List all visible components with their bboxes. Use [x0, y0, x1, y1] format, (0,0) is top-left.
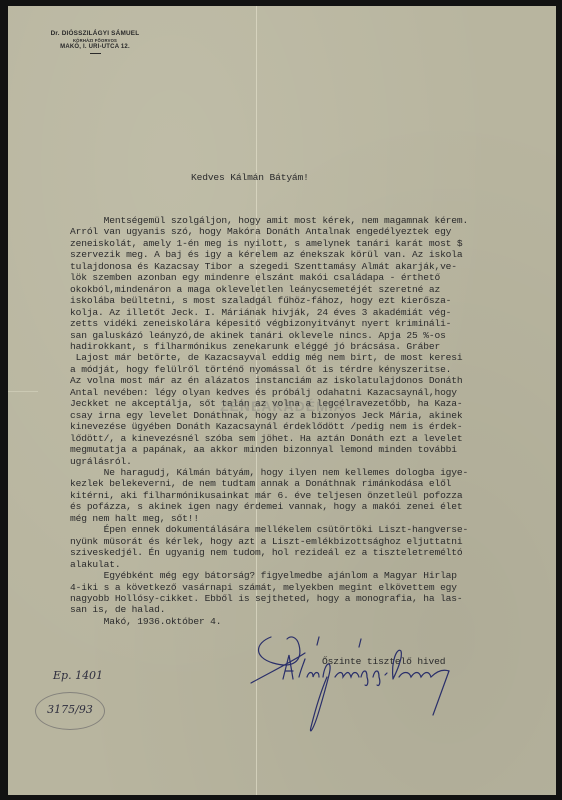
letter-line: zeneiskolát, amely 1-én meg is nyilott, … [70, 238, 468, 249]
archive-watermark: ZENEAKADÉMIA [220, 398, 345, 414]
letter-line: a módját, hogy felülről történő nyomássa… [70, 364, 468, 375]
letter-line: még nem halt meg, sőt!! [70, 513, 468, 524]
letter-line: sziveskedjél. Én ugyanig nem tudom, hol … [70, 547, 468, 558]
letter-line: nagyobb Hollósy-cikket. Ebből is sejthet… [70, 593, 468, 604]
letter-line: 4-iki s a következő vasárnapi számát, me… [70, 582, 468, 593]
letter-line: Egyébként még egy bátorság? figyelmedbe … [70, 570, 468, 581]
letter-line: alakulat. [70, 559, 468, 570]
letterhead-title: KÓRHÁZI FŐORVOS [20, 38, 170, 43]
letter-line: san galuskázó leányzó,de akinek tanári o… [70, 330, 468, 341]
letter-line: és pofázza, s akinek igen nagy érdemei v… [70, 501, 468, 512]
stamp-number: 3175/93 [36, 703, 104, 716]
letter-body: Mentségemül szolgáljon, hogy amit most k… [70, 215, 468, 627]
letter-line: Mentségemül szolgáljon, hogy amit most k… [70, 215, 468, 226]
letterhead-address: MAKÓ, I. URI-UTCA 12. [20, 44, 170, 50]
letter-line: szervezik meg. A baj és igy a kérelem az… [70, 249, 468, 260]
handwritten-signature [243, 631, 483, 741]
letter-line: kezlek belekeverni, de nem tudtam annak … [70, 478, 468, 489]
letter-line: Makó, 1936.október 4. [70, 616, 468, 627]
letter-line: okokból,mindenáron a maga okleveletlen l… [70, 284, 468, 295]
letter-greeting: Kedves Kálmán Bátyám! [191, 172, 309, 183]
letter-line: san is, de halad. [70, 604, 468, 615]
letter-line: Antal nevében: légy olyan kedves és prób… [70, 387, 468, 398]
letter-page: Dr. DIÓSSZILÁGYI SÁMUEL KÓRHÁZI FŐORVOS … [8, 6, 556, 795]
letter-line: kinevezése ügyében Donáth Kazacsaynál ér… [70, 421, 468, 432]
letter-line: iskolába beültetni, s most szaladgál fűh… [70, 295, 468, 306]
letter-line: lök szemben azonban egy mindenre elszánt… [70, 272, 468, 283]
archive-stamp: 3175/93 [35, 692, 105, 730]
letter-line: kitérni, aki filharmónikusainkat már 6. … [70, 490, 468, 501]
letter-line: nyünk müsorát és kérlek, hogy azt a Lisz… [70, 536, 468, 547]
letter-line: Lajost már betörte, de Kazacsayval eddig… [70, 352, 468, 363]
letter-line: Épen ennek dokumentálására mellékelem cs… [70, 524, 468, 535]
letter-line: megmutatja a papának, aa akkor minden bi… [70, 444, 468, 455]
letter-line: Arról van ugyanis szó, hogy Makóra Donát… [70, 226, 468, 237]
letterhead: Dr. DIÓSSZILÁGYI SÁMUEL KÓRHÁZI FŐORVOS … [20, 30, 170, 54]
paper-crease [8, 391, 38, 392]
letter-line: lődött/, a kinevezésnél szóba sem jöhet.… [70, 433, 468, 444]
letterhead-rule [90, 53, 101, 54]
letter-line: Ne haragudj, Kálmán bátyám, hogy ilyen n… [70, 467, 468, 478]
letter-line: Az volna most már az én alázatos instanc… [70, 375, 468, 386]
letterhead-name: Dr. DIÓSSZILÁGYI SÁMUEL [20, 30, 170, 37]
letter-line: kolja. Az illetőt Jeck. I. Máriának hivj… [70, 307, 468, 318]
archive-reference-note: Ep. 1401 [53, 669, 103, 682]
letter-line: ugrálásról. [70, 456, 468, 467]
letter-line: tulajdonosa és Kazacsay Tibor a szegedi … [70, 261, 468, 272]
letter-line: hadirokkant, s filharmónikus zenekarunk … [70, 341, 468, 352]
letter-line: zetts vidéki zeneiskolára képesitő végbi… [70, 318, 468, 329]
